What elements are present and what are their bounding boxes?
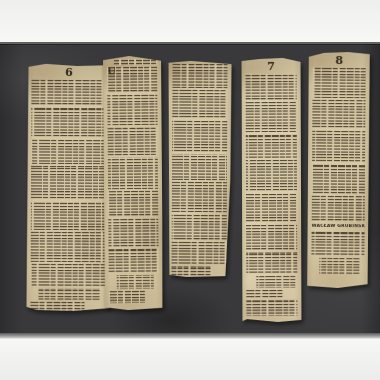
clipping-2: U	[103, 56, 163, 310]
text-block	[31, 166, 106, 200]
text-block	[246, 160, 297, 192]
text-block	[312, 164, 365, 194]
text-block	[246, 74, 297, 100]
text-block	[107, 95, 157, 125]
footnote-block	[319, 258, 359, 274]
installment-numeral-8: 8	[313, 55, 366, 68]
clipping-1-paper: 6	[26, 64, 110, 311]
text-block	[312, 100, 365, 128]
clipping-4: 7	[242, 58, 302, 322]
text-block	[246, 290, 283, 298]
text-block	[114, 59, 157, 65]
text-block	[312, 130, 365, 162]
text-block	[172, 182, 227, 212]
album-page-bottom-edge	[0, 333, 380, 339]
text-block	[31, 140, 106, 164]
text-block	[172, 242, 227, 264]
text-block	[311, 232, 364, 256]
text-block	[31, 80, 106, 106]
text-block	[31, 232, 106, 262]
clipping-1: 6	[26, 64, 110, 311]
text-block	[109, 291, 145, 303]
text-block	[108, 219, 158, 247]
text-block	[246, 252, 297, 274]
text-block	[246, 224, 297, 250]
text-block	[172, 64, 227, 88]
text-block	[31, 202, 106, 230]
clipping-5-paper: 8 WACŁAW GRUBIŃSKI	[307, 52, 370, 288]
text-block	[171, 266, 211, 276]
clipping-4-paper: 7	[242, 58, 302, 322]
text-block	[172, 90, 227, 118]
scanned-scrapbook-page: 6 U	[0, 0, 380, 380]
text-block	[107, 67, 157, 93]
text-block	[172, 214, 227, 240]
text-block	[172, 154, 227, 180]
text-block	[31, 108, 106, 138]
text-block	[108, 127, 158, 155]
clipping-5: 8 WACŁAW GRUBIŃSKI	[307, 52, 370, 288]
text-block	[313, 68, 366, 98]
text-block	[312, 196, 365, 222]
installment-numeral-7: 7	[246, 61, 297, 74]
installment-numeral-6: 6	[31, 67, 106, 80]
footnote-block	[256, 276, 295, 288]
clipping-3	[167, 61, 231, 277]
text-block	[108, 191, 158, 217]
text-block	[109, 249, 159, 273]
text-block	[246, 300, 297, 316]
footnote-block	[117, 275, 154, 289]
text-block	[108, 157, 158, 189]
text-block	[31, 264, 106, 286]
text-block	[30, 302, 84, 311]
author-signature: WACŁAW GRUBIŃSKI	[312, 224, 365, 230]
text-block	[246, 102, 297, 132]
footnote-block	[39, 288, 101, 300]
clipping-2-paper: U	[103, 56, 163, 310]
text-block	[172, 120, 227, 152]
text-block	[246, 194, 297, 222]
clipping-3-paper	[167, 61, 231, 277]
text-block	[246, 134, 297, 158]
